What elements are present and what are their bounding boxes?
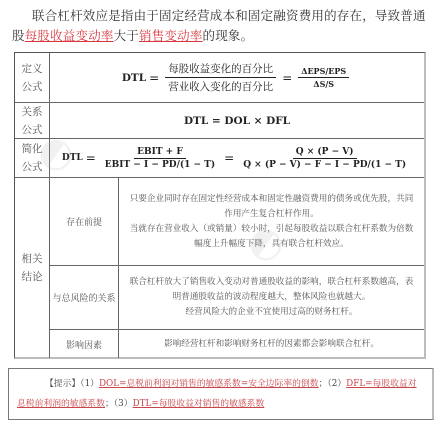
formula-text: DTL = DOL × DFL [184,115,290,127]
fraction-delta: ΔEPS/EPS ΔS/S [298,66,349,89]
conclusion-text: 只要企业同时存在固定性经营成本和固定性融资费用的债务或优先股，共同 作用产生复合… [119,178,424,265]
document-page: 联合杠杆效应是指由于固定经营成本和固定融资费用的存在，导致普通股每股收益变动率大… [0,0,448,436]
intro-paragraph: 联合杠杆效应是指由于固定经营成本和固定融资费用的存在，导致普通股每股收益变动率大… [12,6,432,46]
text-line: 幅度上升幅度下降，具有联合杠杆效应。 [194,237,349,252]
row-label-conclusions: 相关 结论 [15,178,50,358]
row-label-relation: 关系 公式 [15,103,50,138]
fraction-ebit: EBIT + F EBIT − I − PD/(1 − T) [102,147,218,170]
conclusion-text: 影响经营杠杆和影响财务杠杆的因素都会影响联合杠杆。 [119,330,424,358]
numerator: 每股收益变化的百分比 [165,61,276,78]
equals-sign: = [149,71,159,85]
label-line: 简化 [22,140,43,158]
label-line: 关系 [22,103,43,121]
label-line: 公式 [22,78,43,96]
hint-box: 【提示】（1）DOL=息税前利润对销售的敏感系数=安全边际率的倒数；（2）DFL… [8,368,434,420]
hint-dol: DOL=息税前利润对销售的敏感系数=安全边际率的倒数 [99,379,319,389]
fraction-quantity: Q × (P − V) Q × (P − V) − F − I − PD/(1 … [240,147,409,170]
equals-sign: = [224,151,234,165]
denominator: Q × (P − V) − F − I − PD/(1 − T) [240,159,409,170]
row-label-definition: 定义 公式 [15,53,50,102]
relation-formula: DTL = DOL × DFL [50,103,424,138]
equals-sign: = [86,151,96,165]
text-line: 影响经营杠杆和影响财务杠杆的因素都会影响联合杠杆。 [164,337,379,352]
intro-highlight-sales-change: 销售变动率 [139,28,203,43]
hint-prefix: 【提示】（1） [45,379,99,389]
conclusion-label: 影响因素 [50,330,119,358]
row-label-simplified: 简化 公式 [15,139,50,177]
label-line: 公式 [22,158,43,176]
table-row-simplified: 简化 公式 DTL = EBIT + F EBIT − I − PD/(1 − … [15,139,424,178]
label-line: 相关 [22,250,43,268]
numerator: Q × (P − V) [293,147,357,159]
intro-highlight-eps-change: 每股收益变动率 [25,28,114,43]
text-line: 经营风险大的企业不宜使用过高的财务杠杆。 [186,305,358,320]
text-line: 作用产生复合杠杆作用。 [224,207,319,222]
dtl-table: 定义 公式 DTL = 每股收益变化的百分比 营业收入变化的百分比 = ΔEPS… [14,52,426,359]
hint-separator: ；（3） [105,399,133,409]
conclusion-factors: 影响因素 影响经营杠杆和影响财务杠杆的因素都会影响联合杠杆。 [50,330,424,358]
fraction-percent-change: 每股收益变化的百分比 营业收入变化的百分比 [165,61,276,94]
numerator: EBIT + F [134,147,186,159]
denominator: 营业收入变化的百分比 [165,78,276,94]
equals-sign: = [282,71,292,85]
intro-text-middle: 大于 [114,28,139,43]
hint-dtl: DTL=每股收益对销售的敏感系数 [133,399,265,409]
hint-separator: ；（2） [319,379,347,389]
label-line: 结论 [22,268,43,286]
conclusion-label: 与总风险的关系 [50,266,119,329]
text-line: 只要企业同时存在固定性经营成本和固定性融资费用的债务或优先股，共同 [130,192,414,207]
conclusion-label: 存在前提 [50,178,119,265]
label-line: 公式 [22,121,43,139]
conclusion-text: 联合杠杆放大了销售收入变动对普通股收益的影响，联合杠杆系数越高，表 明普通股收益… [119,266,424,329]
text-line: 当就存在营业收入（或销量）较小时，引起每股收益以联合杠杆系数为倍数 [130,222,414,237]
text-line: 明普通股收益的波动程度越大，整体风险也就越大。 [173,290,371,305]
denominator: EBIT − I − PD/(1 − T) [102,159,218,170]
definition-formula: DTL = 每股收益变化的百分比 营业收入变化的百分比 = ΔEPS/EPS Δ… [50,53,424,102]
label-line: 定义 [22,60,43,78]
intro-text-after: 的现象。 [203,28,254,43]
formula-lhs: DTL [122,72,146,84]
conclusion-premise: 存在前提 只要企业同时存在固定性经营成本和固定性融资费用的债务或优先股，共同 作… [50,178,424,266]
simplified-formula: DTL = EBIT + F EBIT − I − PD/(1 − T) = Q… [50,139,424,177]
denominator: ΔS/S [310,78,337,89]
table-row-definition: 定义 公式 DTL = 每股收益变化的百分比 营业收入变化的百分比 = ΔEPS… [15,53,424,103]
text-line: 联合杠杆放大了销售收入变动对普通股收益的影响，联合杠杆系数越高，表 [130,275,414,290]
formula-lhs: DTL [62,153,83,163]
conclusion-total-risk: 与总风险的关系 联合杠杆放大了销售收入变动对普通股收益的影响，联合杠杆系数越高，… [50,266,424,330]
numerator: ΔEPS/EPS [298,66,349,78]
table-row-relation: 关系 公式 DTL = DOL × DFL [15,103,424,139]
table-row-conclusions: 相关 结论 存在前提 只要企业同时存在固定性经营成本和固定性融资费用的债务或优先… [15,178,424,358]
